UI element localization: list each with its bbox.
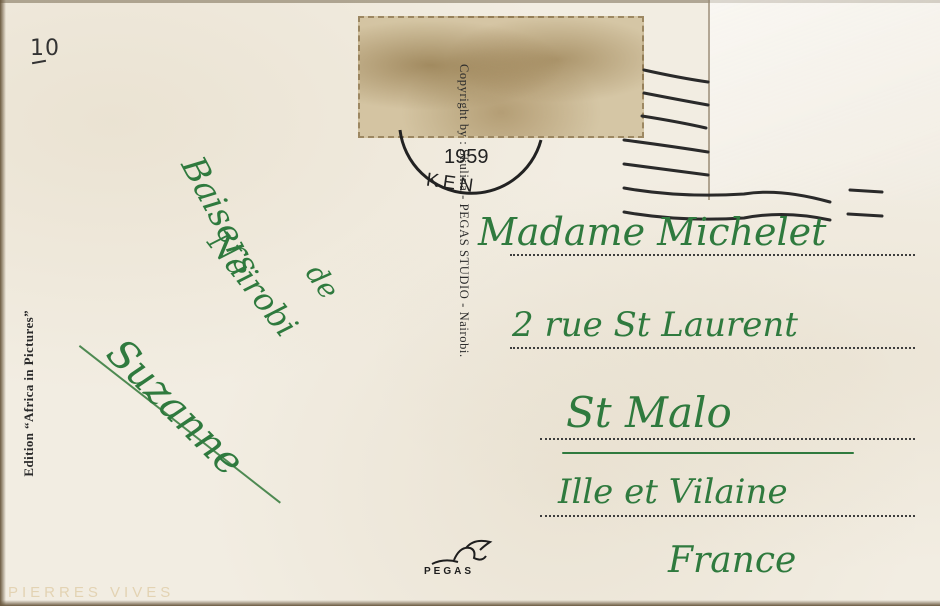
address-dotted-line bbox=[540, 438, 915, 440]
catalog-number: 10 bbox=[30, 36, 60, 61]
watermark: PIERRES VIVES bbox=[8, 584, 174, 601]
postmark: 1959 KEN bbox=[396, 70, 546, 210]
address-dotted-line bbox=[510, 347, 915, 349]
address-recipient: Madame Michelet bbox=[478, 210, 826, 254]
address-region: Ille et Vilaine bbox=[558, 472, 788, 512]
logo-caption: PEGAS bbox=[424, 566, 474, 577]
city-underline bbox=[562, 452, 854, 454]
cancellation-lines-icon bbox=[620, 60, 900, 230]
card-edge-left bbox=[0, 0, 6, 606]
address-dotted-line bbox=[510, 254, 915, 256]
signature: Suzanne bbox=[97, 330, 252, 485]
address-country: France bbox=[668, 540, 796, 581]
address-street: 2 rue St Laurent bbox=[512, 305, 798, 345]
publisher-credit: Copyright by : Skulina - PEGAS STUDIO - … bbox=[456, 64, 471, 358]
address-dotted-line bbox=[540, 515, 915, 517]
message-line: de bbox=[299, 258, 346, 305]
pegasus-icon bbox=[424, 536, 514, 568]
address-city: St Malo bbox=[566, 388, 732, 437]
publisher-logo: PEGAS bbox=[424, 536, 514, 586]
postcard-back: 10 1959 KEN Copyright by : Skulina - PEG… bbox=[0, 0, 940, 606]
edition-credit: Edition “Africa in Pictures” bbox=[21, 310, 37, 477]
